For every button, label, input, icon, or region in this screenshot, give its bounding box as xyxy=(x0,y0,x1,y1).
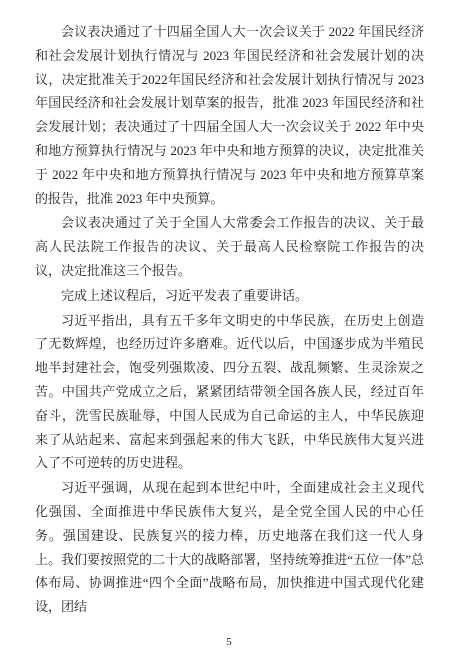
paragraph-work-reports: 会议表决通过了关于全国人大常委会工作报告的决议、关于最高人民法院工作报告的决议、… xyxy=(35,211,424,282)
paragraph-xi-pointed-out: 习近平指出，具有五千多年文明史的中华民族，在历史上创造了无数辉煌，也经历过许多磨… xyxy=(35,309,424,476)
document-page: 会议表决通过了十四届全国人大一次会议关于 2022 年国民经济和社会发展计划执行… xyxy=(0,0,458,661)
paragraph-xi-emphasized: 习近平强调，从现在起到本世纪中叶，全面建成社会主义现代化强国、全面推进中华民族伟… xyxy=(35,476,424,619)
page-number: 5 xyxy=(0,637,458,648)
paragraph-speech-intro: 完成上述议程后，习近平发表了重要讲话。 xyxy=(35,284,424,308)
document-body: 会议表决通过了十四届全国人大一次会议关于 2022 年国民经济和社会发展计划执行… xyxy=(35,20,424,619)
paragraph-session-resolutions: 会议表决通过了十四届全国人大一次会议关于 2022 年国民经济和社会发展计划执行… xyxy=(35,20,424,210)
